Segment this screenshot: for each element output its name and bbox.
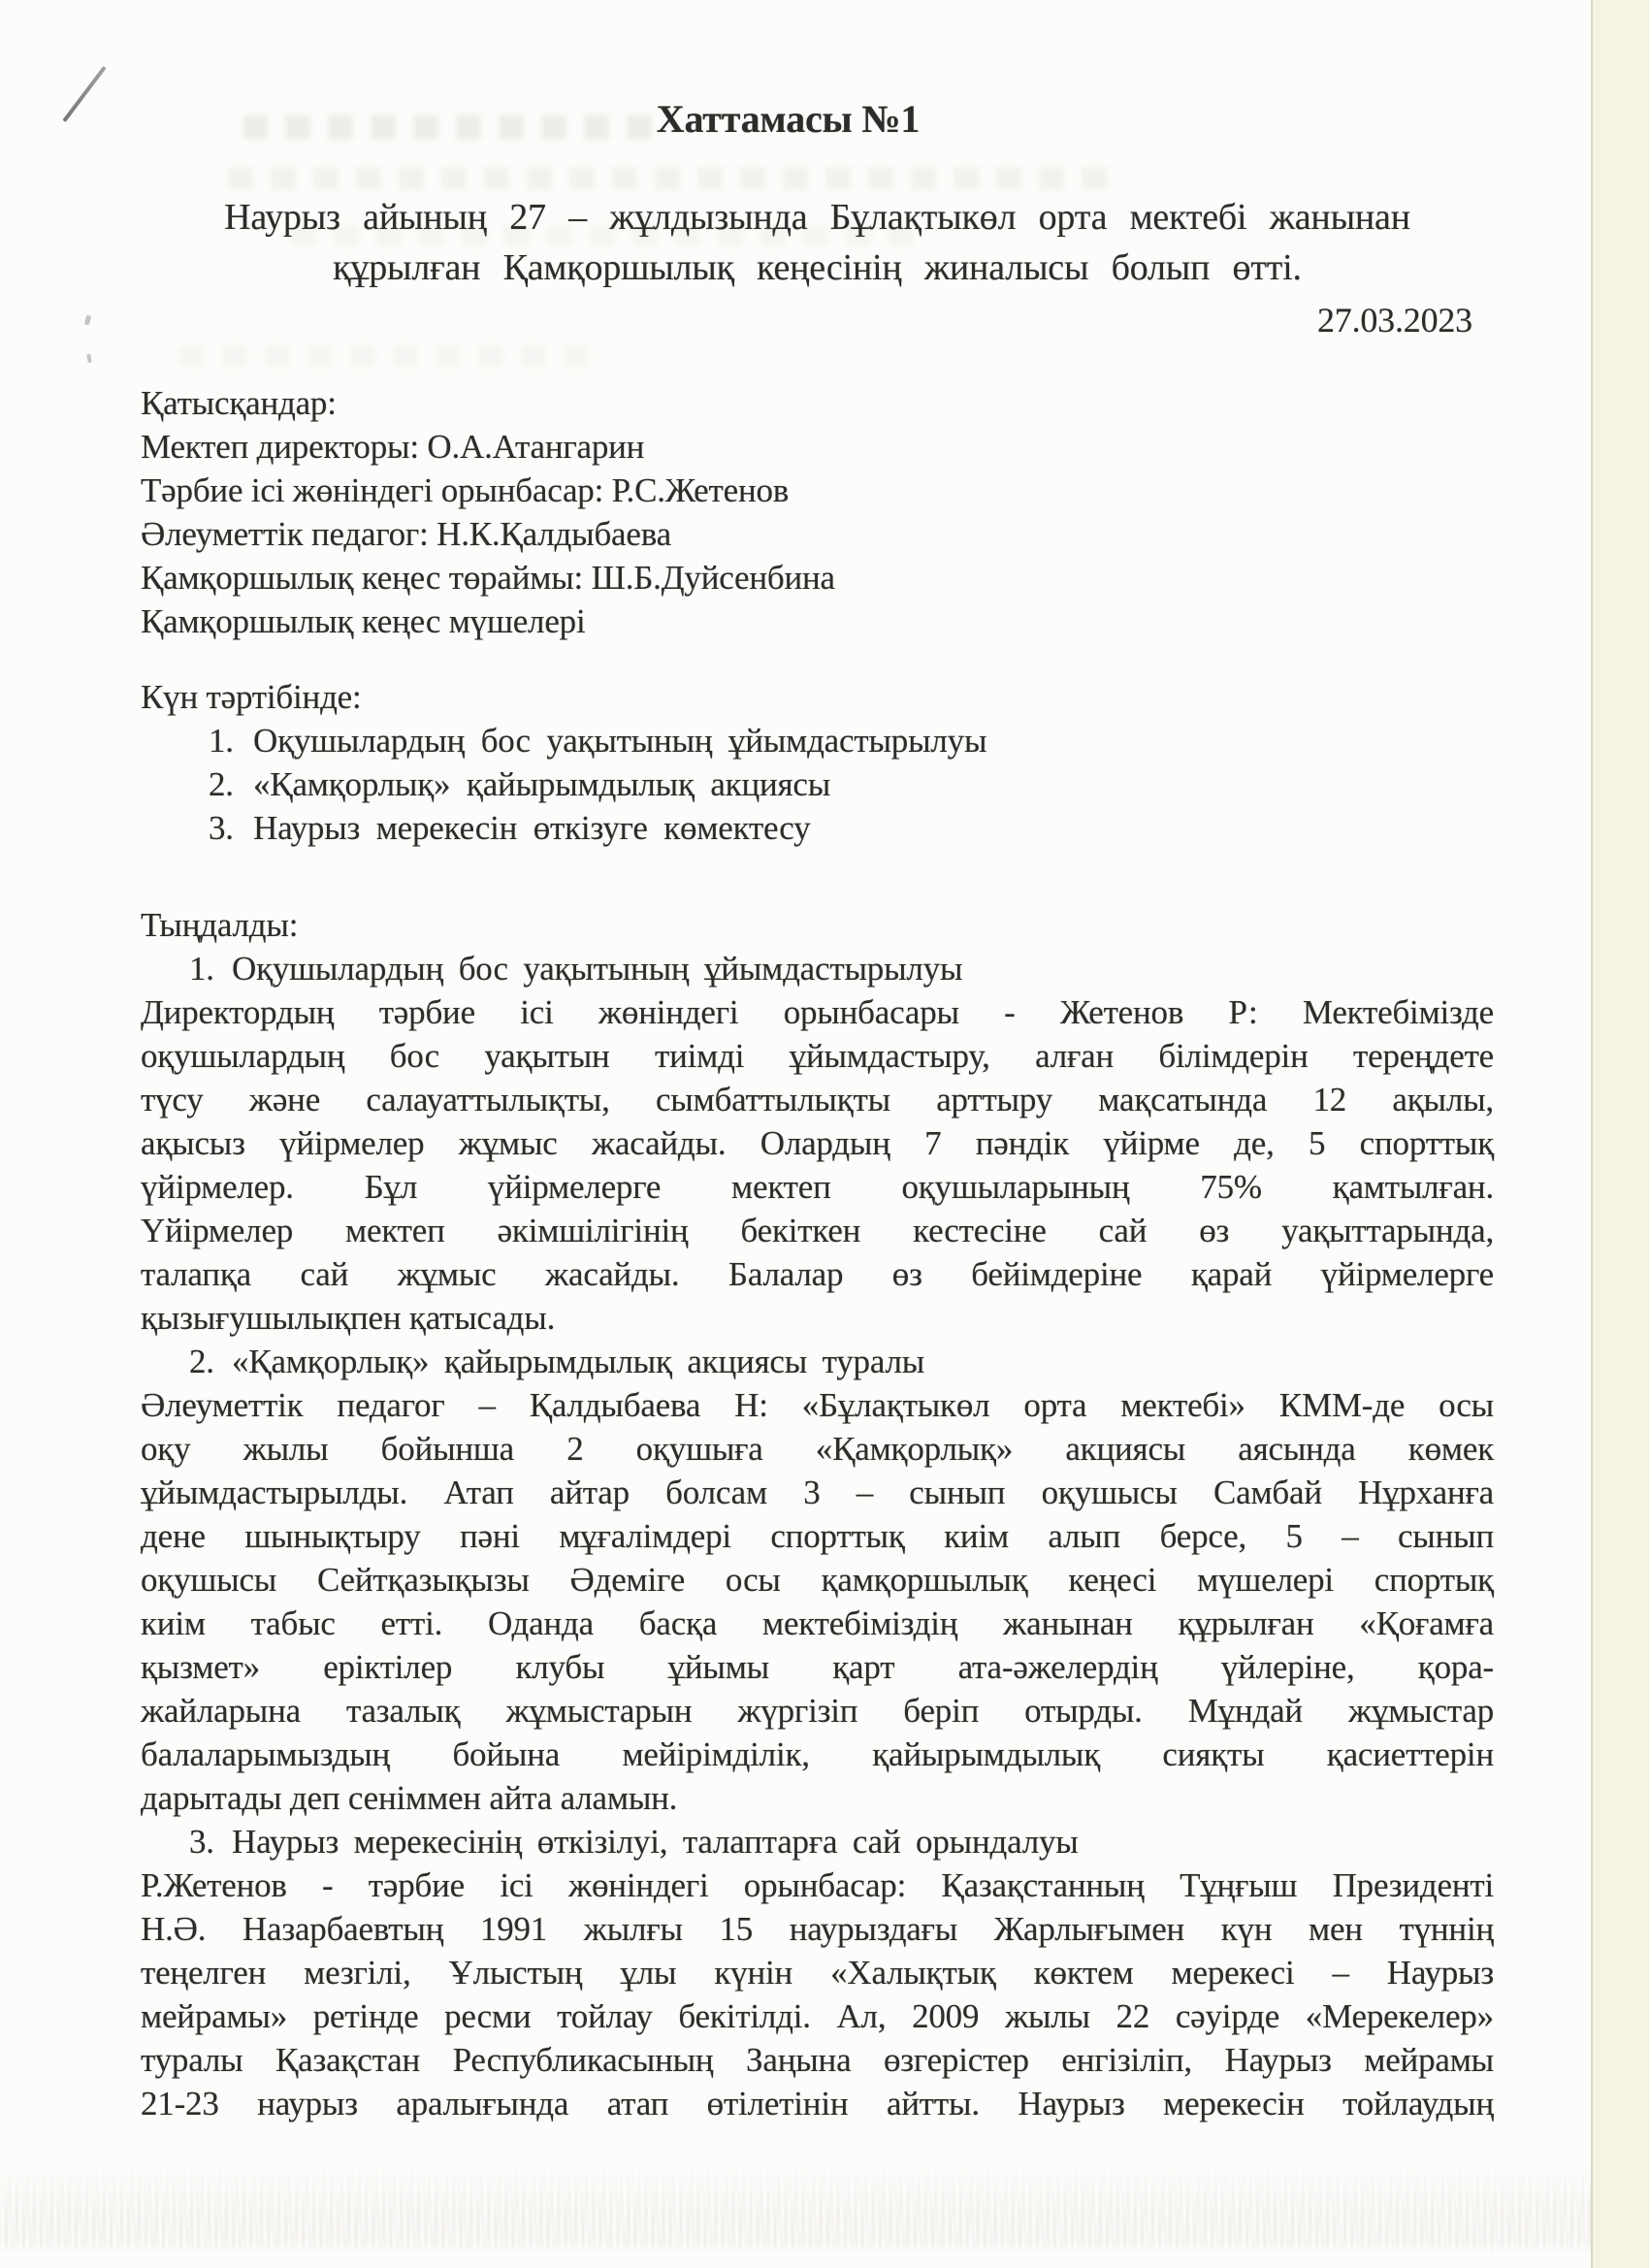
participants-block: Қатысқандар: Мектеп директоры: О.А.Атанг… — [141, 381, 1494, 643]
text-line: киім табыс етті. Оданда басқа мектебіміз… — [141, 1602, 1494, 1645]
heard-section-title: 2.«Қамқорлық» қайырымдылық акциясы турал… — [141, 1340, 1494, 1383]
scanned-page: Хаттамасы №1 Наурыз айының 27 – жұлдызын… — [0, 0, 1649, 2268]
heard-section-title: 1.Оқушылардың бос уақытының ұйымдастырыл… — [141, 947, 1494, 990]
heard-section-paragraph: Әлеуметтік педагог – Қалдыбаева Н: «Бұла… — [141, 1383, 1494, 1820]
text-line: 21-23 наурыз аралығында атап өтілетінін … — [141, 2082, 1494, 2125]
section-title-text: Наурыз мерекесінің өткізілуі, талаптарға… — [232, 1823, 1079, 1861]
heard-heading: Тыңдалды: — [141, 903, 1494, 947]
participants-heading: Қатысқандар: — [141, 381, 1494, 425]
text-line: Директордың тәрбие ісі жөніндегі орынбас… — [141, 990, 1494, 1034]
heard-section-paragraph: Директордың тәрбие ісі жөніндегі орынбас… — [141, 990, 1494, 1340]
text-line: туралы Қазақстан Республикасының Заңына … — [141, 2038, 1494, 2082]
agenda-item-number: 1. — [209, 719, 253, 762]
text-line: Үйірмелер мектеп әкімшілігінің бекіткен … — [141, 1209, 1494, 1252]
text-line: ақысыз үйірмелер жұмыс жасайды. Олардың … — [141, 1121, 1494, 1165]
text-line: дене шынықтыру пәні мұғалімдері спорттық… — [141, 1514, 1494, 1558]
text-line: ұйымдастырылды. Атап айтар болсам 3 – сы… — [141, 1471, 1494, 1514]
section-number: 1. — [189, 947, 232, 990]
section-number: 2. — [189, 1340, 232, 1383]
agenda-item-number: 3. — [209, 806, 253, 850]
agenda-item-text: Оқушылардың бос уақытының ұйымдастырылуы — [253, 722, 986, 760]
participant-line: Қамқоршылық кеңес төраймы: Ш.Б.Дуйсенбин… — [141, 556, 1494, 599]
section-title-text: Оқушылардың бос уақытының ұйымдастырылуы — [232, 950, 962, 988]
agenda-block: Күн тәртібінде: 1.Оқушылардың бос уақыты… — [141, 675, 1494, 850]
scan-speck — [84, 315, 91, 326]
text-line: үйірмелер. Бұл үйірмелерге мектеп оқушыл… — [141, 1165, 1494, 1209]
participant-line: Қамқоршылық кеңес мүшелері — [141, 599, 1494, 643]
agenda-heading: Күн тәртібінде: — [141, 675, 1494, 719]
agenda-item: 3.Наурыз мерекесін өткізуге көмектесу — [141, 806, 1494, 850]
text-line: қызмет» еріктілер клубы ұйымы қарт ата-ә… — [141, 1645, 1494, 1689]
participant-line: Мектеп директоры: О.А.Атангарин — [141, 425, 1494, 469]
text-line: қызығушылықпен қатысады. — [141, 1296, 1494, 1340]
text-line: мейрамы» ретінде ресми тойлау бекітілді.… — [141, 1994, 1494, 2038]
section-title-text: «Қамқорлық» қайырымдылық акциясы туралы — [232, 1343, 924, 1380]
document-date: 27.03.2023 — [141, 299, 1494, 342]
text-line: теңелген мезгілі, Ұлыстың ұлы күнін «Хал… — [141, 1951, 1494, 1994]
scan-noise-band — [0, 2163, 1593, 2252]
agenda-item: 1.Оқушылардың бос уақытының ұйымдастырыл… — [141, 719, 1494, 762]
text-line: Әлеуметтік педагог – Қалдыбаева Н: «Бұла… — [141, 1383, 1494, 1427]
pen-stroke-mark — [62, 66, 106, 122]
section-number: 3. — [189, 1820, 232, 1863]
participant-line: Тәрбие ісі жөніндегі орынбасар: Р.С.Жете… — [141, 469, 1494, 512]
text-line: оқу жылы бойынша 2 оқушыға «Қамқорлық» а… — [141, 1427, 1494, 1471]
intro-paragraph: Наурыз айының 27 – жұлдызында Бұлақтыкөл… — [141, 192, 1494, 293]
text-line: дарытады деп сеніммен айта аламын. — [141, 1776, 1494, 1820]
heard-block: Тыңдалды: 1.Оқушылардың бос уақытының ұй… — [141, 903, 1494, 2125]
text-line: жайларына тазалық жұмыстарын жүргізіп бе… — [141, 1689, 1494, 1733]
text-line: талапқа сай жұмыс жасайды. Балалар өз бе… — [141, 1252, 1494, 1296]
agenda-item-text: Наурыз мерекесін өткізуге көмектесу — [253, 809, 810, 847]
text-line: оқушысы Сейтқазықызы Әдеміге осы қамқорш… — [141, 1558, 1494, 1602]
text-line: Н.Ә. Назарбаевтың 1991 жылғы 15 наурызда… — [141, 1907, 1494, 1951]
text-line: Р.Жетенов - тәрбие ісі жөніндегі орынбас… — [141, 1863, 1494, 1907]
text-line: оқушылардың бос уақытын тиімді ұйымдасты… — [141, 1034, 1494, 1078]
agenda-item-number: 2. — [209, 762, 253, 806]
scan-speck — [86, 354, 92, 364]
agenda-item: 2.«Қамқорлық» қайырымдылық акциясы — [141, 762, 1494, 806]
text-line: құрылған Қамқоршылық кеңесінің жиналысы … — [141, 243, 1494, 293]
text-line: түсу және салауаттылықты, сымбаттылықты … — [141, 1078, 1494, 1121]
heard-section-title: 3.Наурыз мерекесінің өткізілуі, талаптар… — [141, 1820, 1494, 1863]
agenda-item-text: «Қамқорлық» қайырымдылық акциясы — [253, 765, 830, 803]
text-line: Наурыз айының 27 – жұлдызында Бұлақтыкөл… — [141, 192, 1494, 243]
document-title: Хаттамасы №1 — [141, 97, 1436, 142]
participant-line: Әлеуметтік педагог: Н.К.Қалдыбаева — [141, 512, 1494, 556]
text-line: балаларымыздың бойына мейірімділік, қайы… — [141, 1733, 1494, 1776]
scanner-edge-strip — [1591, 0, 1649, 2268]
document-body: Хаттамасы №1 Наурыз айының 27 – жұлдызын… — [141, 0, 1494, 2125]
heard-section-paragraph: Р.Жетенов - тәрбие ісі жөніндегі орынбас… — [141, 1863, 1494, 2125]
